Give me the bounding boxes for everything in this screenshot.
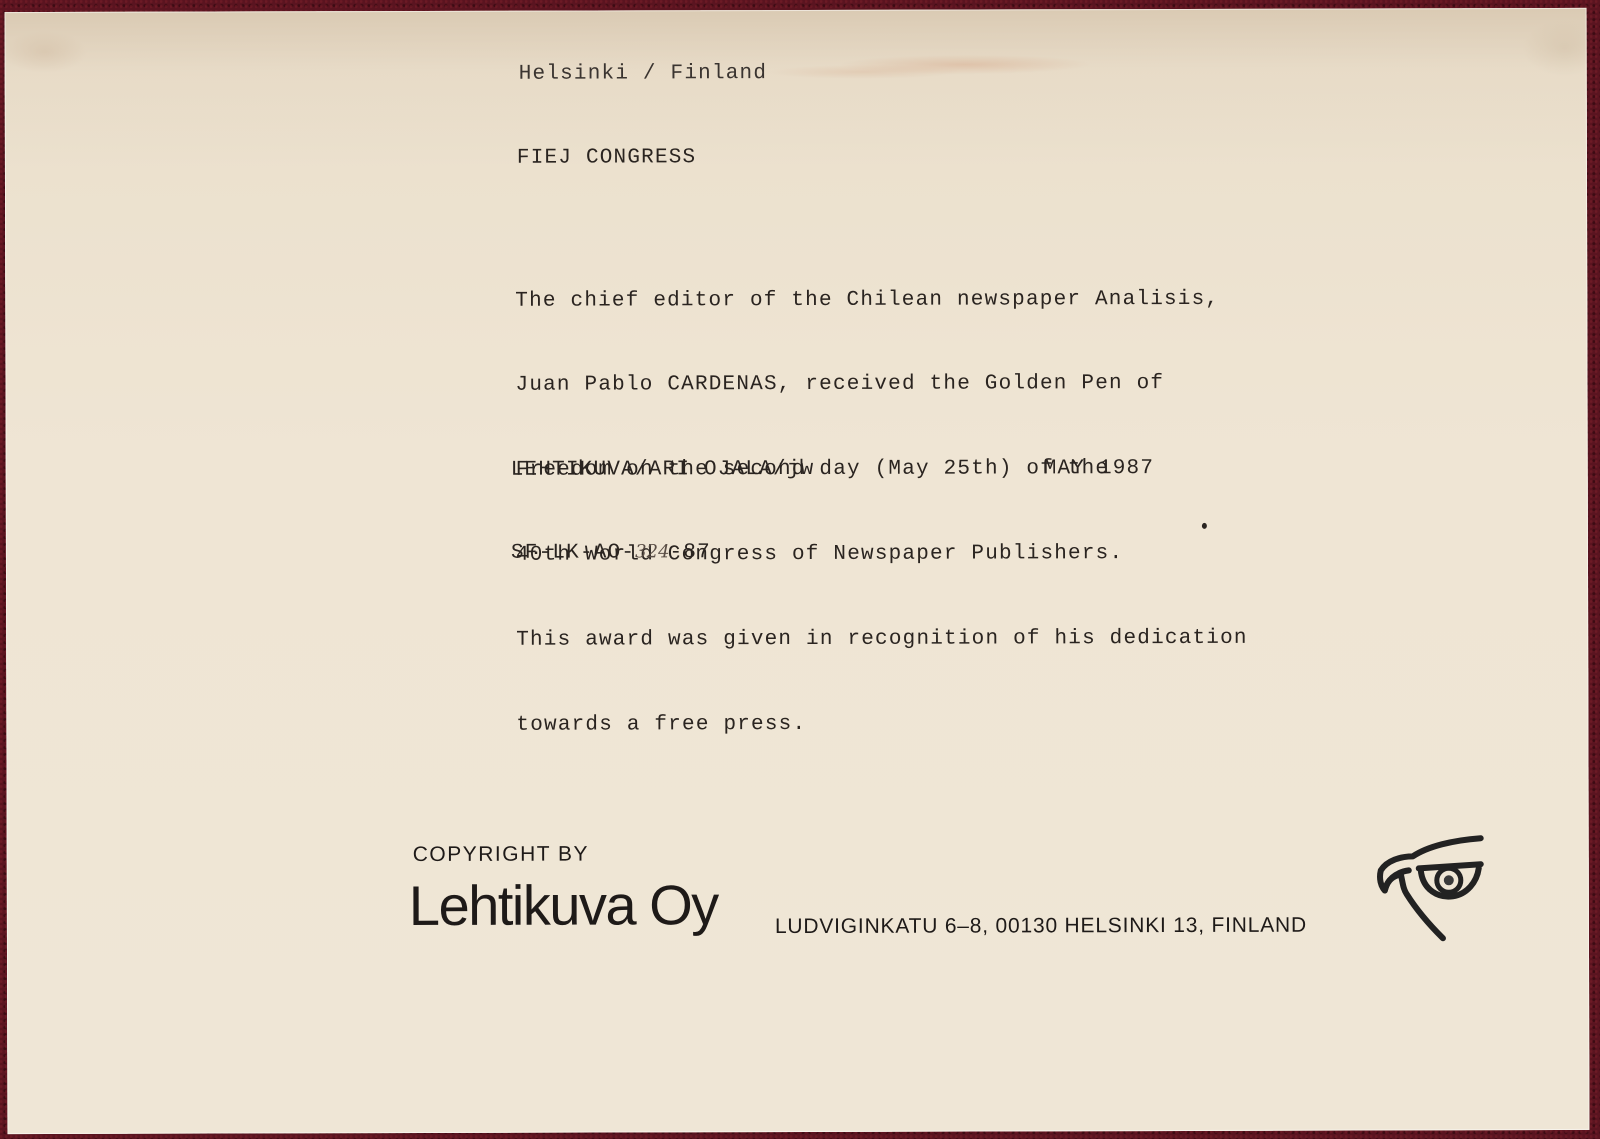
photo-date: MAY 1987 — [1044, 457, 1154, 480]
location-line: Helsinki / Finland — [519, 62, 767, 86]
copyright-label: COPYRIGHT BY — [413, 843, 589, 867]
eagle-head-icon — [1373, 834, 1485, 944]
photo-credit: LEHTIKUVA/ARI OJALA/jw — [511, 458, 815, 482]
caption-line: This award was given in recognition of h… — [516, 625, 1248, 655]
caption-line: towards a free press. — [516, 710, 1248, 740]
reference-prefix: SF-LK-AO- — [511, 541, 635, 564]
company-address: LUDVIGINKATU 6–8, 00130 HELSINKI 13, FIN… — [775, 914, 1307, 939]
caption-line: Juan Pablo CARDENAS, received the Golden… — [515, 370, 1247, 400]
headline: FIEJ CONGRESS — [517, 146, 696, 169]
reference-suffix: -87 — [670, 541, 711, 564]
caption-line: The chief editor of the Chilean newspape… — [515, 285, 1247, 315]
press-photo-caption-sheet: Helsinki / Finland FIEJ CONGRESS The chi… — [5, 8, 1590, 1134]
reference-number: SF-LK-AO-324-87 — [511, 541, 711, 565]
company-name: Lehtikuva Oy — [409, 872, 718, 938]
caption-body: The chief editor of the Chilean newspape… — [515, 229, 1248, 797]
handwritten-number: 324 — [635, 541, 669, 562]
ink-speck — [1202, 523, 1207, 529]
